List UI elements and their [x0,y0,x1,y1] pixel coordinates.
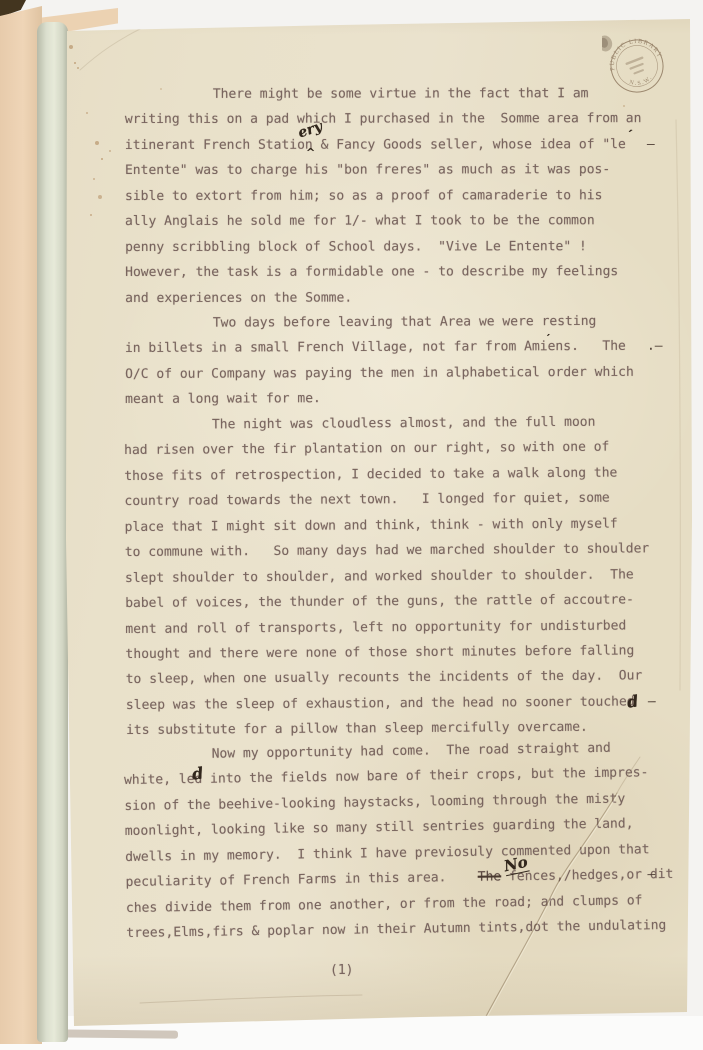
typed-line: ment and roll of transports, left no opp… [125,612,670,641]
typed-line: penny scribbling block of School days. "… [125,234,670,260]
margin-mark: .— [647,334,663,360]
typed-line: However, the task is a formidable one - … [125,259,670,285]
typed-line: thought and there were none of those sho… [125,638,670,667]
typed-line: to sleep, when one usually recounts the … [126,663,671,692]
typed-line: There might be some virtue in the fact t… [125,81,670,107]
paragraph: Two days before leaving that Area we wer… [125,309,670,413]
typed-line: O/C of our Company was paying the men in… [125,359,670,387]
paragraph: Now my opportunity had come. The road st… [123,735,671,947]
typed-line: slept shoulder to shoulder, and worked s… [125,562,670,591]
paragraph: There might be some virtue in the fact t… [125,81,670,311]
typed-line: Two days before leaving that Area we wer… [125,309,670,337]
typed-line: in billets in a small French Village, no… [125,334,670,362]
struck-word: The [478,870,502,885]
typed-line: ally Anglais he sold me for 1/- what I t… [125,208,670,234]
typed-line: Entente" was to charge his "bon freres" … [125,157,670,183]
paragraph: The night was cloudless almost, and the … [124,409,671,743]
margin-mark: — [647,863,655,889]
typed-line: writing this on a pad which I purchased … [125,106,670,132]
book-cover-bottom-shadow [52,1029,178,1038]
typed-line: to commune with. So many days had we mar… [125,536,670,565]
handwritten-tick-over-amiens: ′ [547,332,550,345]
typed-line: meant a long wait for me. [125,385,670,413]
typed-text: There might be some virtue in the fact t… [125,82,670,947]
typed-line: sible to extort from him; so as a proof … [125,183,670,209]
typed-line: The night was cloudless almost, and the … [124,409,669,438]
svg-text:PUBLIC LIBRARY: PUBLIC LIBRARY [603,32,664,73]
typed-line: sleep was the sleep of exhaustion, and t… [126,689,671,718]
margin-mark: — [648,689,656,715]
typed-line: and experiences on the Somme. [125,285,670,311]
typed-line: place that I might sit down and think, t… [125,511,670,540]
handwritten-insert-caret: ^ [306,146,315,159]
typed-line: itinerant French Station & Fancy Goods s… [125,132,670,158]
typed-line: those fits of retrospection, I decided t… [124,460,669,489]
page-number: (1) [330,963,353,978]
document-page: PUBLIC LIBRARY N.S.W. There might be som… [0,0,703,1050]
typed-line: country road towards the next town. I lo… [124,485,669,514]
typed-line: babel of voices, the thunder of the guns… [125,587,670,616]
typed-line: had risen over the fir plantation on our… [124,434,669,463]
margin-mark: — [647,132,655,157]
book-cover [0,6,42,1044]
book-spine [37,22,68,1042]
